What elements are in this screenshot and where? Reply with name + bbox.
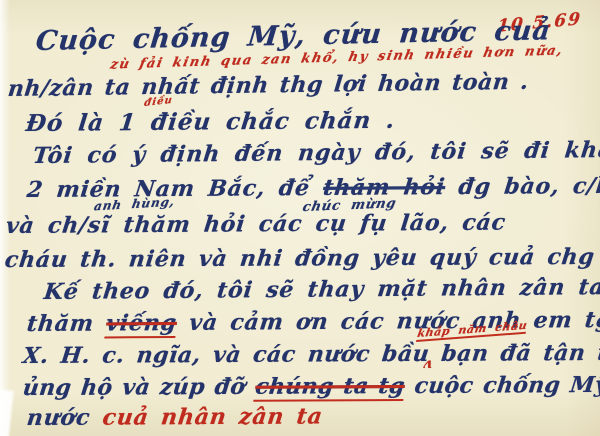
manuscript-scan: { "manuscript": { "description": "handwr… (0, 0, 600, 436)
handwritten-text: ủng hộ và zúp đỡ (21, 374, 256, 401)
line-3: Đó là 1 điều chắc chắn .điều (24, 107, 396, 137)
red-correction-mark: điều (143, 95, 173, 109)
handwritten-text: Kế theo đó, tôi sẽ thay mặt nhân zân ta … (43, 274, 600, 305)
manuscript-page: 10.5.69 Cuộc chống Mỹ, cứu nước cuảnh/zâ… (0, 0, 600, 436)
line-8: Kế theo đó, tôi sẽ thay mặt nhân zân ta … (43, 274, 600, 305)
handwritten-text: và ch/sĩ thăm hỏi các cụ fụ lão, các (4, 209, 507, 239)
line-10: X. H. c. ngĩa, và các nước bầu bạn đã tậ… (21, 340, 600, 369)
line-2: nh/zân ta nhất định thg lợi hoàn toàn .z… (7, 69, 530, 102)
handwritten-text: Đó là 1 điều chắc chắn . (24, 107, 396, 137)
struck-word: chúng ta tg (254, 373, 407, 402)
handwritten-text: đg bào, c/bộ, (444, 173, 600, 200)
struck-word: viếng (105, 310, 179, 339)
handwritten-text: và cảm ơn các nước anh em tg fe (175, 307, 600, 336)
line-7: cháu th. niên và nhi đồng yêu quý cuả ch… (3, 244, 600, 273)
line-11: ủng hộ và zúp đỡ chúng ta tg cuộc chống … (21, 372, 600, 401)
handwritten-text: thăm (25, 310, 107, 337)
handwritten-text: nước (25, 405, 104, 431)
handwritten-text: nh/zân ta nhất định thg lợi hoàn toàn . (7, 69, 530, 102)
scan-edge-artifact (0, 389, 14, 436)
handwritten-text: đã tận tình (499, 340, 600, 367)
handwritten-text: Tôi có ý định đến ngày đó, tôi sẽ đi khắ… (32, 137, 600, 169)
handwritten-text: cuộc chống Mỹ, cứu (403, 372, 600, 399)
line-12: nước cuả nhân zân ta (25, 403, 324, 431)
line-4: Tôi có ý định đến ngày đó, tôi sẽ đi khắ… (32, 137, 600, 169)
handwritten-text: cuả nhân zân ta (101, 403, 324, 430)
handwritten-text: cháu th. niên và nhi đồng yêu quý cuả ch… (3, 244, 600, 273)
line-6: và ch/sĩ thăm hỏi các cụ fụ lão, cácanh … (4, 209, 507, 239)
